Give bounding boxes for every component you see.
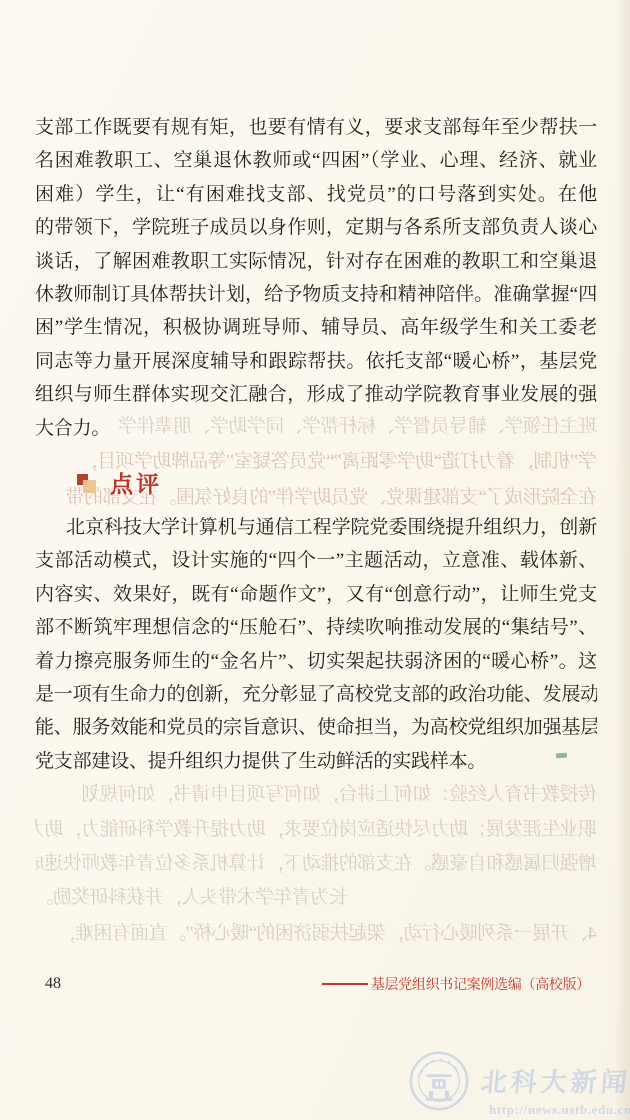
text-line: 困难）学生，让“有困难找支部、找党员”的口号落到实处。在他 — [35, 178, 597, 211]
university-seal-icon — [408, 1050, 470, 1112]
text-line: 是一项有生命力的创新，充分彰显了高校党支部的政治功能、发展动 — [35, 678, 597, 711]
text-line: 内容实、效果好，既有“命题作文”，又有“创意行动”，让师生党支 — [35, 578, 597, 611]
watermark-text-block: 北科大新闻网 http://news.ustb.edu.cn — [481, 1050, 630, 1118]
marker-square-tan — [83, 480, 96, 493]
watermark-url: http://news.ustb.edu.cn — [489, 1102, 630, 1118]
book-page: 班主任领学、辅导员督学、标杆帮学、同学助学、朋辈伴学学”机制，着力打造“助学零距… — [0, 0, 630, 1120]
text-line: 同志等力量开展深度辅导和跟踪帮扶。依托支部“暖心桥”，基层党 — [35, 345, 597, 378]
text-line: 支部工作既要有规有矩，也要有情有义，要求支部每年至少帮扶一 — [35, 111, 597, 144]
text-line: 北京科技大学计算机与通信工程学院党委围绕提升组织力，创新 — [35, 511, 597, 544]
page-number: 48 — [45, 975, 61, 993]
text-line: 能、服务效能和党员的宗旨意识、使命担当，为高校党组织加强基层 — [35, 711, 597, 744]
watermark-site-name: 北科大新闻网 — [479, 1062, 630, 1099]
review-section-header: 点评 — [77, 466, 162, 499]
bleedthrough-line: 长为青年学术带头人，并获科研奖励。 — [35, 886, 597, 910]
bleedthrough-line: 4、开展一系列暖心行动，架起扶弱济困的“暖心桥”。直面有困难， — [35, 922, 630, 946]
text-line: 支部活动模式，设计实施的“四个一”主题活动，立意准、载体新、 — [35, 544, 597, 577]
text-line: 困”学生情况，积极协调班导师、辅导员、高年级学生和关工委老 — [35, 311, 597, 344]
text-line: 着力擦亮服务师生的“金名片”、切实架起扶弱济困的“暖心桥”。这 — [35, 645, 597, 678]
text-line: 组织与师生群体实现交汇融合，形成了推动学院教育事业发展的强 — [35, 378, 597, 411]
footer-rule — [322, 983, 368, 985]
bleedthrough-line: 增强归属感和自豪感。在支部的推动下，计算机系多位青年教师快速成 — [35, 852, 597, 876]
section-marker-icon — [77, 470, 99, 496]
news-site-watermark: 北科大新闻网 http://news.ustb.edu.cn — [408, 1050, 630, 1118]
book-title: 基层党组织书记案例选编（高校版） — [371, 974, 590, 994]
text-line: 大合力。 — [35, 412, 597, 445]
text-line: 的带领下，学院班子成员以身作则，定期与各系所支部负责人谈心 — [35, 211, 597, 244]
text-line: 休教师制订具体帮扶计划，给予物质支持和精神陪伴。准确掌握“四 — [35, 278, 597, 311]
running-footer: 基层党组织书记案例选编（高校版） — [322, 974, 590, 994]
text-line: 党支部建设、提升组织力提供了生动鲜活的实践样本。 — [35, 745, 597, 778]
bleedthrough-line: 职业生涯发展；助力尽快适应岗位要求，助力提升教学科研能力，助力 — [35, 818, 597, 842]
stray-ink-mark — [556, 753, 567, 759]
bleedthrough-line: 传授教书育人经验：如何上讲台，如何写项目申请书，如何规划 — [35, 783, 630, 807]
body-paragraph-1: 支部工作既要有规有矩，也要有情有义，要求支部每年至少帮扶一名困难教职工、空巢退休… — [35, 111, 597, 445]
review-paragraph: 北京科技大学计算机与通信工程学院党委围绕提升组织力，创新支部活动模式，设计实施的… — [35, 511, 597, 778]
text-line: 谈话，了解困难教职工实际情况，针对存在困难的教职工和空巢退 — [35, 245, 597, 278]
section-title: 点评 — [110, 466, 162, 499]
text-line: 名困难教职工、空巢退休教师或“四困”（学业、心理、经济、就业 — [35, 144, 597, 177]
text-line: 部不断筑牢理想信念的“压舱石”、持续吹响推动发展的“集结号”、 — [35, 611, 597, 644]
page-footer: 48 基层党组织书记案例选编（高校版） — [0, 974, 630, 996]
